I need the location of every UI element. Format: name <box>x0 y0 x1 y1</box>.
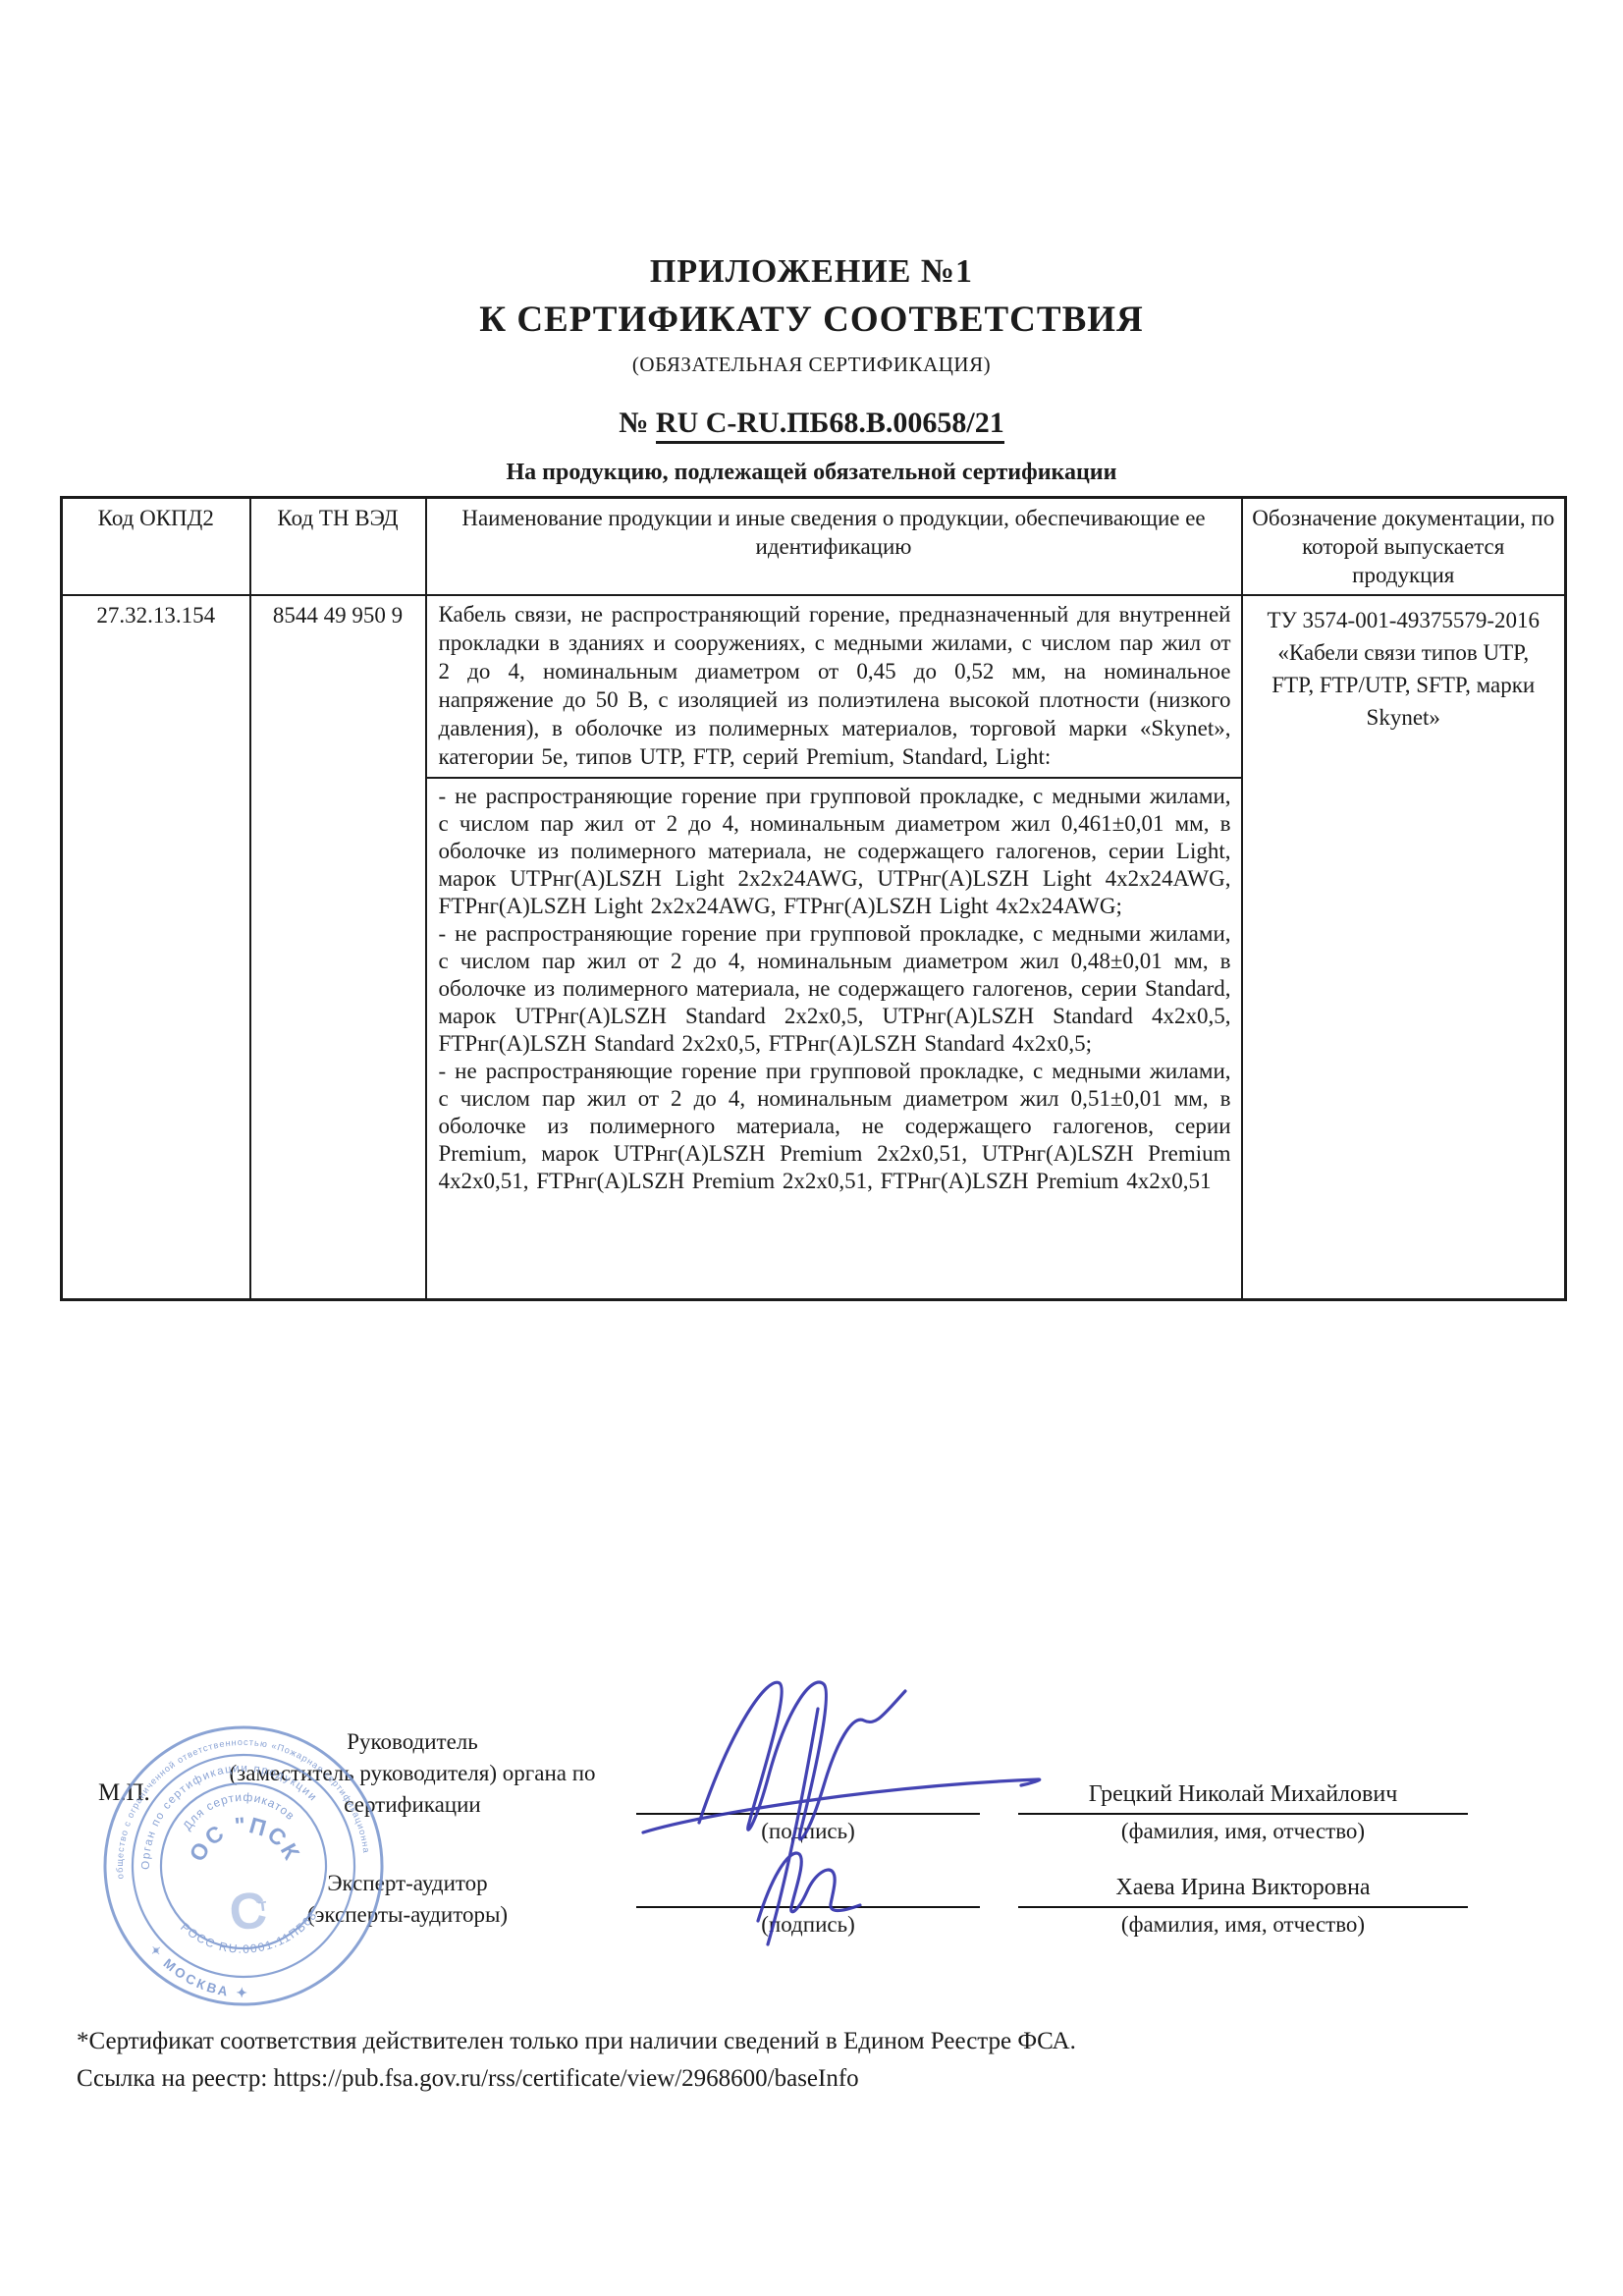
title-block: ПРИЛОЖЕНИЕ №1 К СЕРТИФИКАТУ СООТВЕТСТВИЯ… <box>0 253 1623 486</box>
certificate-appendix-page: ПРИЛОЖЕНИЕ №1 К СЕРТИФИКАТУ СООТВЕТСТВИЯ… <box>0 0 1623 2296</box>
product-description-intro: Кабель связи, не распространяющий горени… <box>427 596 1241 777</box>
signature-second <box>758 1853 860 1921</box>
table-caption: На продукцию, подлежащей обязательной се… <box>0 460 1623 486</box>
header-tnved: Код ТН ВЭД <box>250 498 426 596</box>
description-item-light: - не распространяющие горение при группо… <box>439 783 1231 920</box>
header-product-name: Наименование продукции и иные сведения о… <box>426 498 1242 596</box>
description-item-premium: - не распространяющие горение при группо… <box>439 1058 1231 1195</box>
certificate-number: RU C-RU.ПБ68.В.00658/21 <box>656 407 1004 444</box>
appendix-title: ПРИЛОЖЕНИЕ №1 <box>0 253 1623 291</box>
round-stamp: общество с ограниченной ответственностью… <box>98 1721 389 2011</box>
certification-type-subtitle: (ОБЯЗАТЕЛЬНАЯ СЕРТИФИКАЦИЯ) <box>0 353 1623 377</box>
footer-note: *Сертификат соответствия действителен то… <box>77 2023 1549 2098</box>
header-doc-designation: Обозначение документации, по которой вып… <box>1242 498 1566 596</box>
header-okpd2: Код ОКПД2 <box>62 498 250 596</box>
table-row: 27.32.13.154 8544 49 950 9 Кабель связи,… <box>62 595 1566 1300</box>
description-item-standard: - не распространяющие горение при группо… <box>439 920 1231 1058</box>
signature-loops <box>699 1682 905 1839</box>
product-description-cell: Кабель связи, не распространяющий горени… <box>426 595 1242 1300</box>
signature-swoosh <box>643 1779 1040 1832</box>
tnved-code: 8544 49 950 9 <box>250 595 426 1300</box>
certificate-title: К СЕРТИФИКАТУ СООТВЕТСТВИЯ <box>0 299 1623 341</box>
handwritten-signature <box>589 1658 1100 1972</box>
footer-registry-link: Ссылка на реестр: https://pub.fsa.gov.ru… <box>77 2060 1549 2098</box>
table-header-row: Код ОКПД2 Код ТН ВЭД Наименование продук… <box>62 498 1566 596</box>
doc-designation-value: ТУ 3574-001-49375579-2016 «Кабели связи … <box>1242 595 1566 1300</box>
product-description-details: - не распространяющие горение при группо… <box>427 777 1241 1201</box>
certificate-number-line: № RU C-RU.ПБ68.В.00658/21 <box>0 407 1623 440</box>
okpd2-code: 27.32.13.154 <box>62 595 250 1300</box>
certificate-number-prefix: № <box>619 407 656 439</box>
product-table: Код ОКПД2 Код ТН ВЭД Наименование продук… <box>60 496 1567 1301</box>
footer-validity-note: *Сертификат соответствия действителен то… <box>77 2023 1549 2060</box>
stamp-emblem-small: т <box>257 1894 268 1915</box>
